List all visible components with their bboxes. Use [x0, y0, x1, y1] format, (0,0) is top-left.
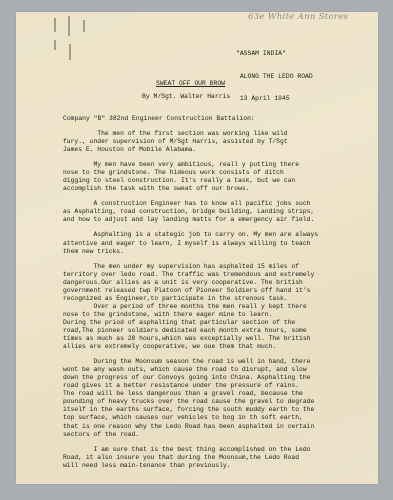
text-line: them new tricks. — [63, 248, 363, 256]
dateline-road: ALONG THE LEDO ROAD — [236, 73, 313, 81]
text-line: down the progress of our Convoys going i… — [63, 374, 363, 382]
text-line: fury., under supervision of M/Sgt Harris… — [63, 138, 363, 146]
paragraph-gap — [63, 224, 363, 231]
document-title: SWEAT OFF OUR BROW — [0, 80, 383, 87]
text-line: times as much as 28 hours,which was exce… — [63, 335, 363, 343]
text-line: itself in the earths surface, forcing th… — [63, 406, 363, 414]
text-line: government released twp Platoon of Pione… — [63, 287, 363, 295]
paragraph: The men under my supervision has asphalt… — [63, 263, 363, 303]
paragraph: Asphalting is a stategic job to carry on… — [63, 231, 363, 255]
text-line: and how to adjust and lay landing matts … — [63, 216, 363, 224]
staple-hole-marks — [52, 14, 92, 74]
text-line: My men have been very ambitious, reall y… — [63, 161, 363, 169]
paragraph: During the Moonsum season the road is we… — [63, 358, 363, 438]
paragraph: Over a period of three months the men re… — [63, 303, 363, 351]
text-line: James E. Houston of Mobile Alabama. — [63, 146, 363, 154]
text-line: attentive and eager to learn, I myself i… — [63, 240, 363, 248]
text-line: accomplish the task with the sweat off o… — [63, 185, 363, 193]
text-line: The men under my supervision has asphalt… — [63, 263, 363, 271]
text-line: pounding of heavy trucks over the road c… — [63, 398, 363, 406]
text-line: The road will be less dangerous than a g… — [63, 390, 363, 398]
text-line: Road, it also insure you that during the… — [63, 454, 363, 462]
text-line: recognized as Engineer,to participate in… — [63, 295, 363, 303]
text-line: will need less main-tenance than previou… — [63, 462, 363, 470]
text-line: road,The pioneer soldiers dedicated each… — [63, 327, 363, 335]
dateline-location: "ASSAM INDIA" — [236, 50, 313, 58]
text-line: road gives it a better resistance under … — [63, 382, 363, 390]
text-line: as Asphalting, road construction, bridge… — [63, 208, 363, 216]
text-line: I am sure that is the best thing accompl… — [63, 446, 363, 454]
salutation: Company "B" 382nd Engineer Construction … — [63, 115, 255, 122]
paragraph: A construction Engineer has to know all … — [63, 200, 363, 224]
text-line: dangerous.Our allies as a unit is very c… — [63, 279, 363, 287]
handwritten-archival-note: 63e White Ann Stores — [248, 12, 348, 22]
document-body: The men of the first section was working… — [63, 130, 363, 470]
text-line: allies are extremely cooperative, we oue… — [63, 343, 363, 351]
text-line: During the Moonsum season the road is we… — [63, 358, 363, 366]
paragraph: My men have been very ambitious, reall y… — [63, 161, 363, 193]
text-line: sectors of the road. — [63, 431, 363, 439]
paragraph: I am sure that is the best thing accompl… — [63, 446, 363, 470]
text-line: nose to the grindstone. The hideous work… — [63, 169, 363, 177]
text-line: territory over ledo road. The traffic wa… — [63, 271, 363, 279]
text-line: Asphalting is a stategic job to carry on… — [63, 231, 363, 239]
paragraph-gap — [63, 256, 363, 263]
dateline: "ASSAM INDIA" ALONG THE LEDO ROAD 13 Apr… — [236, 35, 313, 110]
text-line: top surface, which causes our vehicles t… — [63, 414, 363, 422]
dateline-date: 13 April 1945 — [236, 95, 313, 103]
byline: By M/Sgt. Walter Harris — [142, 93, 230, 100]
text-line: digging to steel construction. It's real… — [63, 177, 363, 185]
text-line: A construction Engineer has to know all … — [63, 200, 363, 208]
paragraph-gap — [63, 154, 363, 161]
text-line: The men of the first section was working… — [63, 130, 363, 138]
paragraph-gap — [63, 351, 363, 358]
paragraph: The men of the first section was working… — [63, 130, 363, 154]
text-line: wont be any wash outs, which cause the r… — [63, 366, 363, 374]
text-line: that is one reason why the Ledo Road has… — [63, 423, 363, 431]
paragraph-gap — [63, 439, 363, 446]
text-line: Over a period of three months the men re… — [63, 303, 363, 311]
text-line: nose to the grindstone, with there eager… — [63, 311, 363, 319]
paragraph-gap — [63, 193, 363, 200]
text-line: During the priod of asphalting that part… — [63, 319, 363, 327]
